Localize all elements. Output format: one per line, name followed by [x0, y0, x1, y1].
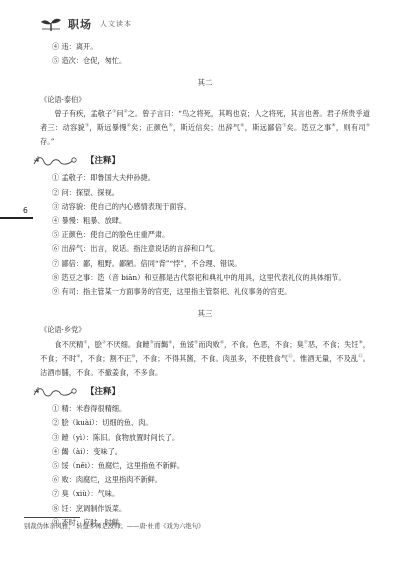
notes-label: 【注释】 [86, 385, 120, 399]
note-item: ② 问：探望、探视。 [40, 186, 370, 200]
footnote-marker: ① [112, 109, 116, 114]
note-item: ④ 违：离开。 [40, 40, 370, 54]
footnote-marker: ⑫ [358, 354, 363, 359]
note-item: ⑦ 臭（xiù）：气味。 [40, 487, 370, 501]
notes-heading: 【注释】 [32, 153, 370, 169]
series-name: 人文读本 [100, 19, 132, 29]
passage-text: 曾子有疾，孟敬子①问②之。曾子言曰：“鸟之将死，其鸣也哀；人之将死，其言也善。君… [40, 107, 370, 150]
note-item: ⑨ 有司：指主管某一方面事务的官吏，这里指主管祭祀、礼仪事务的官吏。 [40, 285, 370, 299]
footnote-marker: ④ [168, 340, 172, 345]
passage-text: 食不厌精①，脍②不厌细。食饐③而餲④，鱼馁⑤而肉败⑥，不食。色恶，不食；臭⑦恶，… [40, 338, 370, 381]
footnote-marker: ⑦ [282, 124, 286, 129]
footnote-marker: ① [83, 340, 87, 345]
footnote-marker: ⑪ [288, 354, 293, 359]
footnote-marker: ⑦ [304, 340, 308, 345]
section-title: 其二 [40, 76, 370, 90]
floral-ornament-icon [32, 154, 80, 168]
footnote-marker: ⑥ [220, 340, 224, 345]
footnote-marker: ③ [150, 340, 154, 345]
note-item: ② 脍（kuài）：切细的鱼、肉。 [40, 416, 370, 430]
note-item: ⑧ 笾豆之事：笾（音 biān）和豆都是古代祭祀和典礼中的用具，这里代表礼仪的具… [40, 271, 370, 285]
footnote-marker: ⑨ [76, 354, 80, 359]
footnote-marker: ⑧ [332, 124, 336, 129]
footnote-marker: ② [102, 340, 106, 345]
note-item: ⑥ 败：肉腐烂，这里指肉不新鲜。 [40, 473, 370, 487]
page-content: ④ 违：离开。 ⑤ 造次：仓促，匆忙。 其二 《论语·泰伯》 曾子有疾，孟敬子①… [40, 40, 370, 530]
footnote-marker: ⑥ [240, 124, 244, 129]
sprout-icon [40, 17, 62, 31]
source-citation: 《论语·泰伯》 [40, 93, 370, 107]
footer-quote: 别裁伪体亲风雅， 转益多师是汝师。——唐·杜甫《戏为六绝句》 [24, 521, 204, 530]
footnote-marker: ⑤ [194, 340, 198, 345]
footnote-marker: ⑨ [366, 124, 370, 129]
note-item: ① 孟敬子：即鲁国大夫仲孙捷。 [40, 171, 370, 185]
notes-list: ① 孟敬子：即鲁国大夫仲孙捷。 ② 问：探望、探视。 ③ 动容貌：使自己的内心感… [40, 171, 370, 299]
note-item: ④ 暴慢：粗暴、放肆。 [40, 214, 370, 228]
footer-rule [24, 517, 80, 518]
footnote-marker: ② [124, 109, 128, 114]
note-item: ⑥ 出辞气：出言，说话。指注意说话的言辞和口气。 [40, 242, 370, 256]
page-number-tab: 6 [0, 206, 34, 220]
footnote-marker: ⑤ [169, 124, 173, 129]
note-item: ⑧ 饪：烹调制作饭菜。 [40, 502, 370, 516]
brand-name: 职场 [68, 16, 92, 32]
footnote-marker: ④ [127, 124, 131, 129]
footnote-marker: ⑧ [359, 340, 363, 345]
page-number-bar [0, 217, 33, 219]
footnote-marker: ⑩ [131, 354, 135, 359]
section-title: 其三 [40, 307, 370, 321]
note-item: ⑤ 馁（něi）：鱼腐烂，这里指鱼不新鲜。 [40, 459, 370, 473]
notes-heading: 【注释】 [32, 384, 370, 400]
note-item: ⑦ 鄙倍：鄙，粗野。鄙陋。倍同“背”“悖”，不合理、错误。 [40, 257, 370, 271]
section-3: 其三 《论语·乡党》 食不厌精①，脍②不厌细。食饐③而餲④，鱼馁⑤而肉败⑥，不食… [40, 307, 370, 530]
section-2: 其二 《论语·泰伯》 曾子有疾，孟敬子①问②之。曾子言曰：“鸟之将死，其鸣也哀；… [40, 76, 370, 299]
note-item: ④ 餲（ài）：变味了。 [40, 445, 370, 459]
note-item: ⑤ 正颜色：使自己的脸色庄重严肃。 [40, 228, 370, 242]
note-item: ③ 饐（yì）：陈旧。食物放置时间长了。 [40, 431, 370, 445]
source-citation: 《论语·乡党》 [40, 323, 370, 337]
page-number: 6 [23, 206, 28, 215]
running-header: 职场 人文读本 [40, 16, 132, 32]
continued-notes: ④ 违：离开。 ⑤ 造次：仓促，匆忙。 [40, 40, 370, 68]
floral-ornament-icon [32, 385, 80, 399]
note-item: ③ 动容貌：使自己的内心感情表现于面容。 [40, 200, 370, 214]
footnote-marker: ③ [85, 124, 89, 129]
notes-label: 【注释】 [86, 154, 120, 168]
note-item: ⑤ 造次：仓促，匆忙。 [40, 54, 370, 68]
notes-list: ① 精：米舂得很精细。 ② 脍（kuài）：切细的鱼、肉。 ③ 饐（yì）：陈旧… [40, 402, 370, 530]
note-item: ① 精：米舂得很精细。 [40, 402, 370, 416]
